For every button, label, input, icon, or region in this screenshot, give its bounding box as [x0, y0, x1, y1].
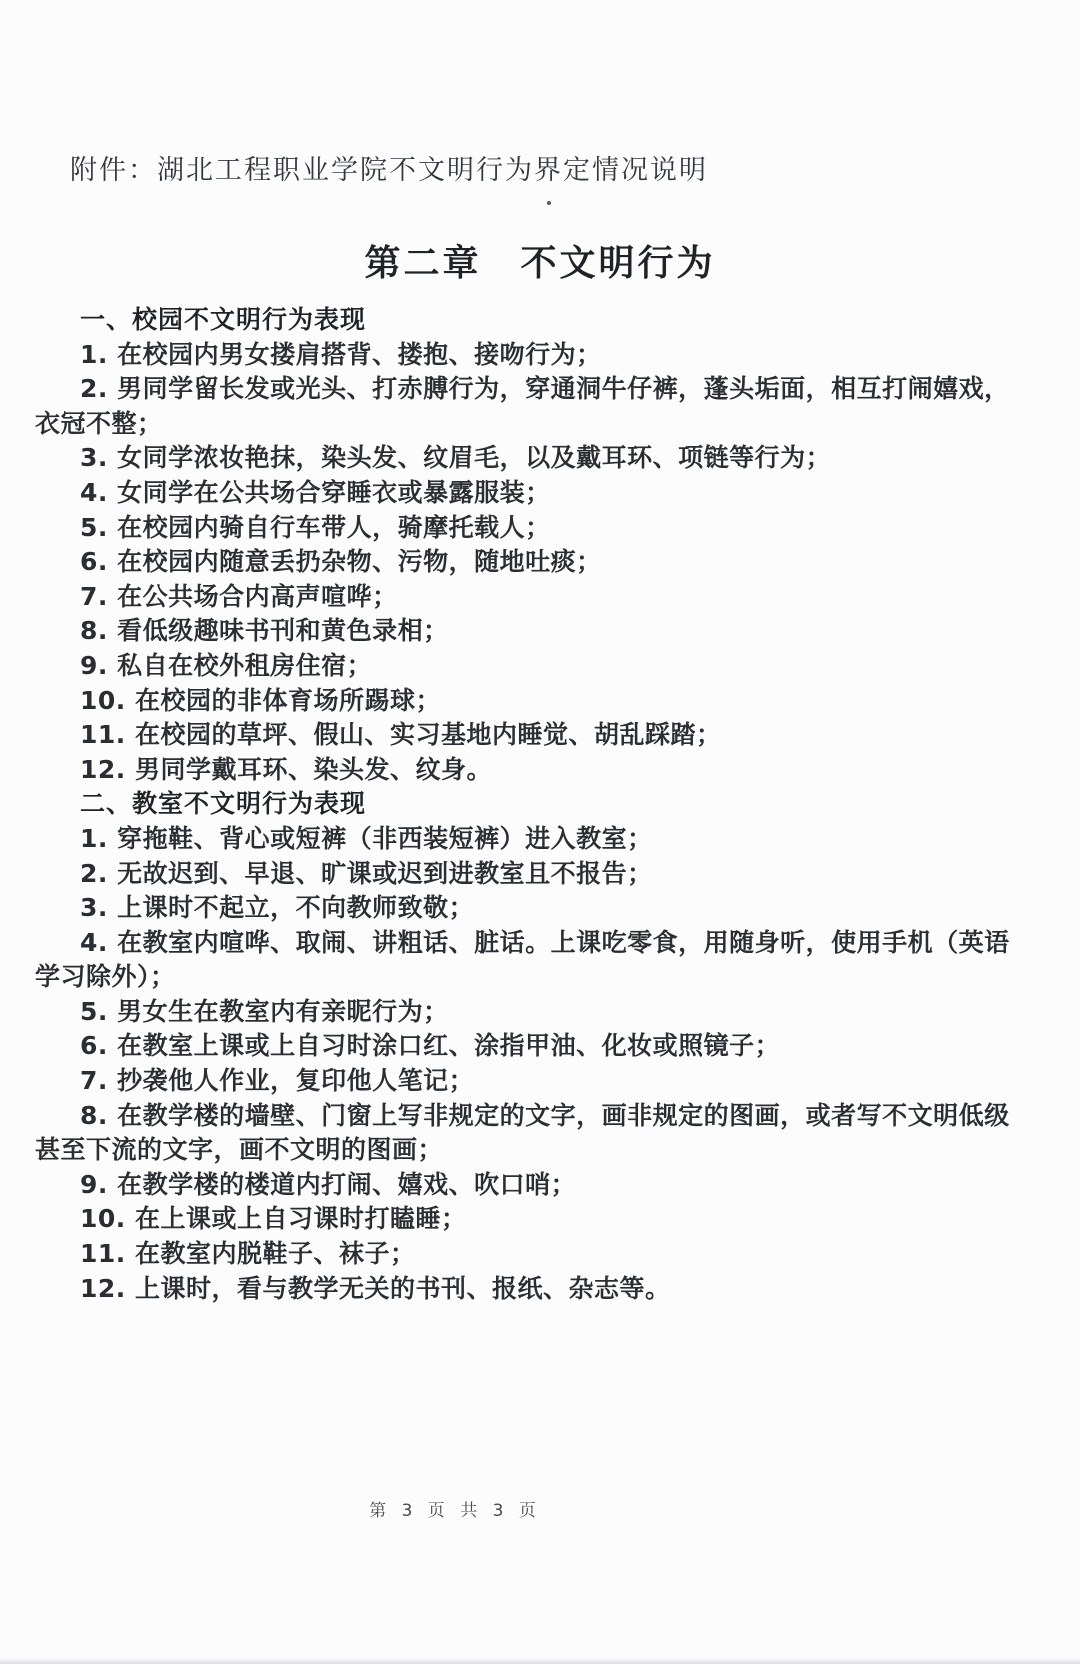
- list-item: 11. 在校园的草坪、假山、实习基地内睡觉、胡乱踩踏；: [35, 718, 1013, 753]
- page-number-footer: 第 3 页 共 3 页: [0, 1496, 910, 1521]
- list-item: 8. 在教学楼的墙壁、门窗上写非规定的文字，画非规定的图画，或者写不文明低级甚至…: [35, 1099, 1013, 1168]
- list-item: 2. 无故迟到、早退、旷课或迟到进教室且不报告；: [35, 857, 1013, 892]
- list-item: 10. 在校园的非体育场所踢球；: [35, 684, 1013, 719]
- list-item: 8. 看低级趣味书刊和黄色录相；: [35, 614, 1013, 649]
- list-item: 6. 在校园内随意丢扔杂物、污物，随地吐痰；: [35, 545, 1013, 580]
- list-item: 3. 女同学浓妆艳抹，染头发、纹眉毛，以及戴耳环、项链等行为；: [35, 441, 1013, 476]
- scan-edge-artifact: [0, 1658, 1080, 1664]
- list-item: 12. 男同学戴耳环、染头发、纹身。: [35, 753, 1013, 788]
- list-item: 10. 在上课或上自习课时打瞌睡；: [35, 1202, 1013, 1237]
- section-campus-behaviors: 一、校园不文明行为表现 1. 在校园内男女搂肩搭背、搂抱、接吻行为； 2. 男同…: [35, 303, 1013, 787]
- list-item: 4. 女同学在公共场合穿睡衣或暴露服装；: [35, 476, 1013, 511]
- list-item: 6. 在教室上课或上自习时涂口红、涂指甲油、化妆或照镜子；: [35, 1029, 1013, 1064]
- list-item: 7. 抄袭他人作业，复印他人笔记；: [35, 1064, 1013, 1099]
- list-item: 9. 在教学楼的楼道内打闹、嬉戏、吹口哨；: [35, 1168, 1013, 1203]
- document-body: 一、校园不文明行为表现 1. 在校园内男女搂肩搭背、搂抱、接吻行为； 2. 男同…: [35, 303, 1013, 1306]
- list-item: 3. 上课时不起立，不向教师致敬；: [35, 891, 1013, 926]
- ink-dot-artifact: [547, 201, 551, 205]
- attachment-header: 附件：湖北工程职业学院不文明行为界定情况说明: [70, 148, 708, 187]
- list-item: 5. 男女生在教室内有亲昵行为；: [35, 995, 1013, 1030]
- section-1-heading: 一、校园不文明行为表现: [35, 303, 1013, 338]
- list-item: 2. 男同学留长发或光头、打赤膊行为，穿通洞牛仔裤，蓬头垢面，相互打闹嬉戏，衣冠…: [35, 372, 1013, 441]
- chapter-title: 第二章 不文明行为: [0, 235, 1080, 286]
- section-classroom-behaviors: 二、教室不文明行为表现 1. 穿拖鞋、背心或短裤（非西装短裤）进入教室； 2. …: [35, 787, 1013, 1306]
- list-item: 1. 穿拖鞋、背心或短裤（非西装短裤）进入教室；: [35, 822, 1013, 857]
- list-item: 9. 私自在校外租房住宿；: [35, 649, 1013, 684]
- list-item: 11. 在教室内脱鞋子、袜子；: [35, 1237, 1013, 1272]
- list-item: 7. 在公共场合内高声喧哗；: [35, 580, 1013, 615]
- list-item: 5. 在校园内骑自行车带人，骑摩托载人；: [35, 511, 1013, 546]
- section-2-heading: 二、教室不文明行为表现: [35, 787, 1013, 822]
- scanned-document-page: 附件：湖北工程职业学院不文明行为界定情况说明 第二章 不文明行为 一、校园不文明…: [0, 0, 1080, 1664]
- list-item: 1. 在校园内男女搂肩搭背、搂抱、接吻行为；: [35, 338, 1013, 373]
- list-item: 4. 在教室内喧哗、取闹、讲粗话、脏话。上课吃零食，用随身听，使用手机（英语学习…: [35, 926, 1013, 995]
- list-item: 12. 上课时，看与教学无关的书刊、报纸、杂志等。: [35, 1272, 1013, 1307]
